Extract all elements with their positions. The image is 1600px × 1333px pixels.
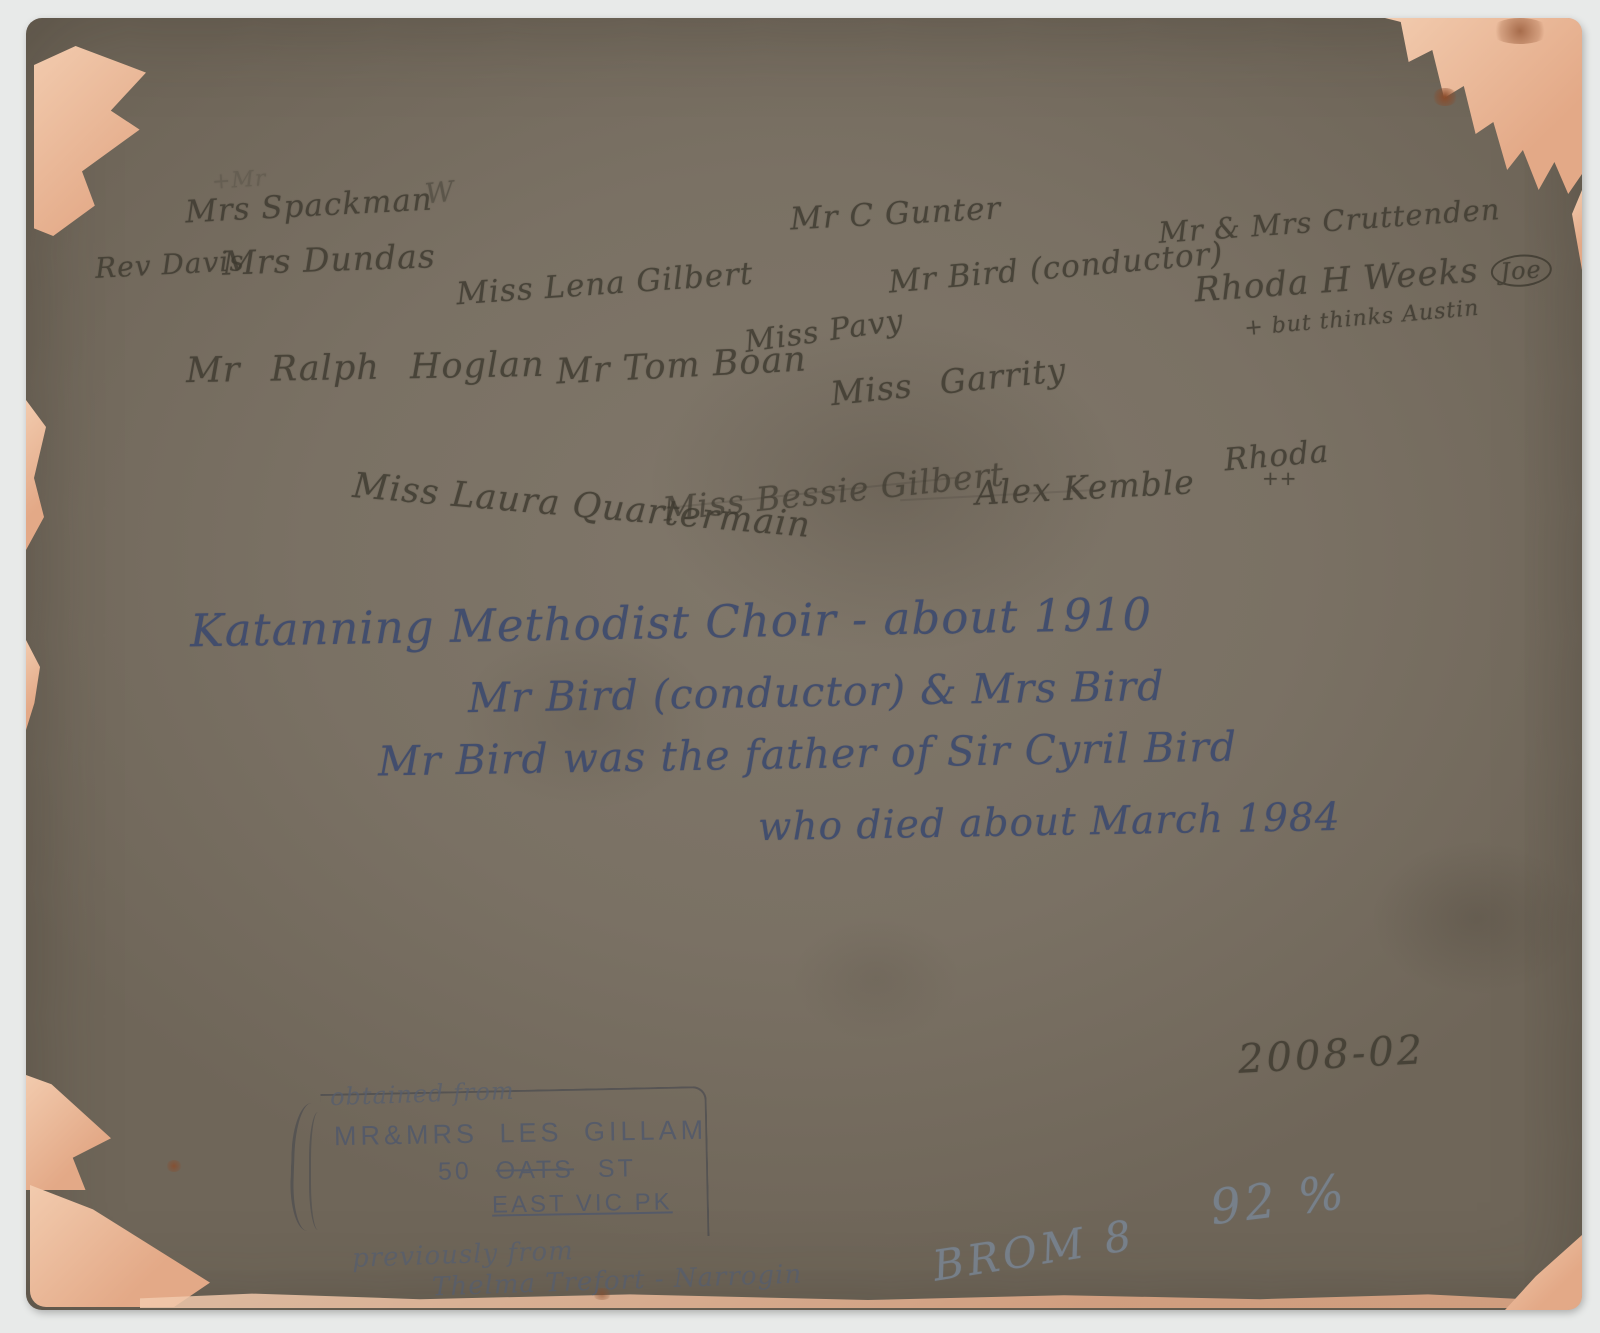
rust-stain-2 bbox=[1490, 18, 1550, 44]
street-number: 50 bbox=[438, 1157, 472, 1186]
provenance-name: MR&MRS LES GILLAM bbox=[334, 1115, 708, 1153]
name-spackman-w-mark: W bbox=[423, 175, 456, 211]
street-suffix: ST bbox=[598, 1154, 636, 1183]
catalog-number: 2008-02 bbox=[1237, 1027, 1426, 1083]
rust-stain-1 bbox=[1432, 88, 1458, 106]
name-mrs-dundas: Mrs Dundas bbox=[221, 236, 436, 282]
scanned-photo-back: +Mr Mrs Spackman W Rev Davis Mrs Dundas … bbox=[0, 0, 1600, 1333]
rust-stain-3 bbox=[166, 1160, 182, 1172]
rhoda-plus-marks: ++ bbox=[1262, 466, 1298, 490]
provenance-suburb: EAST VIC PK bbox=[492, 1188, 673, 1219]
rhoda-weeks-joe-circled: Joe bbox=[1489, 253, 1552, 289]
provenance-paren-mark-2 bbox=[309, 1112, 327, 1230]
name-ralph-hoglan: Mr Ralph Hoglan bbox=[186, 345, 545, 391]
provenance-street: 50 OATS ST bbox=[438, 1154, 636, 1186]
street-name-struck: OATS bbox=[496, 1155, 575, 1184]
